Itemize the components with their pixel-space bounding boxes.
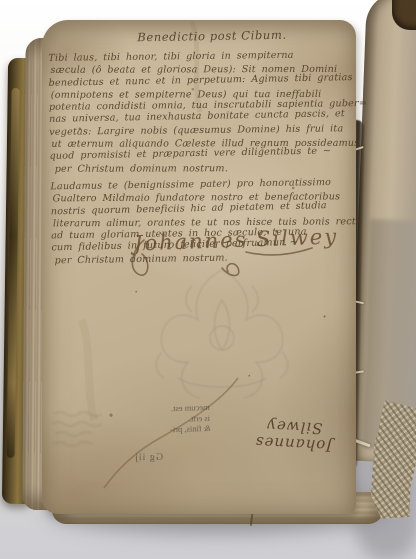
showthrough-handwriting-lines <box>48 406 128 456</box>
manuscript-line: (omnipotens et sempiterne Deus) qui tua … <box>51 89 353 102</box>
book-photograph: Benedictio post Cibum. Tibi laus, tibi h… <box>0 0 416 559</box>
manuscript-title: Benedictio post Cibum. <box>112 27 312 44</box>
prayer-paragraph-1: Tibi laus, tibi honor, tibi gloria in se… <box>48 49 351 176</box>
manuscript-line: per Christum dominum nostrum. <box>52 162 354 175</box>
gathering-signature-mark: Gg iij <box>134 452 163 464</box>
manuscript-page: Benedictio post Cibum. Tibi laus, tibi h… <box>42 20 356 514</box>
showthrough-woodcut-ornament <box>132 260 312 410</box>
inverted-owner-signature: Johannes Silwey <box>241 415 347 454</box>
manuscript-line: Tibi laus, tibi honor, tibi gloria in se… <box>48 49 350 65</box>
manuscript-line: vegetas: Largire nobis (quæsumus Domine)… <box>49 123 351 139</box>
